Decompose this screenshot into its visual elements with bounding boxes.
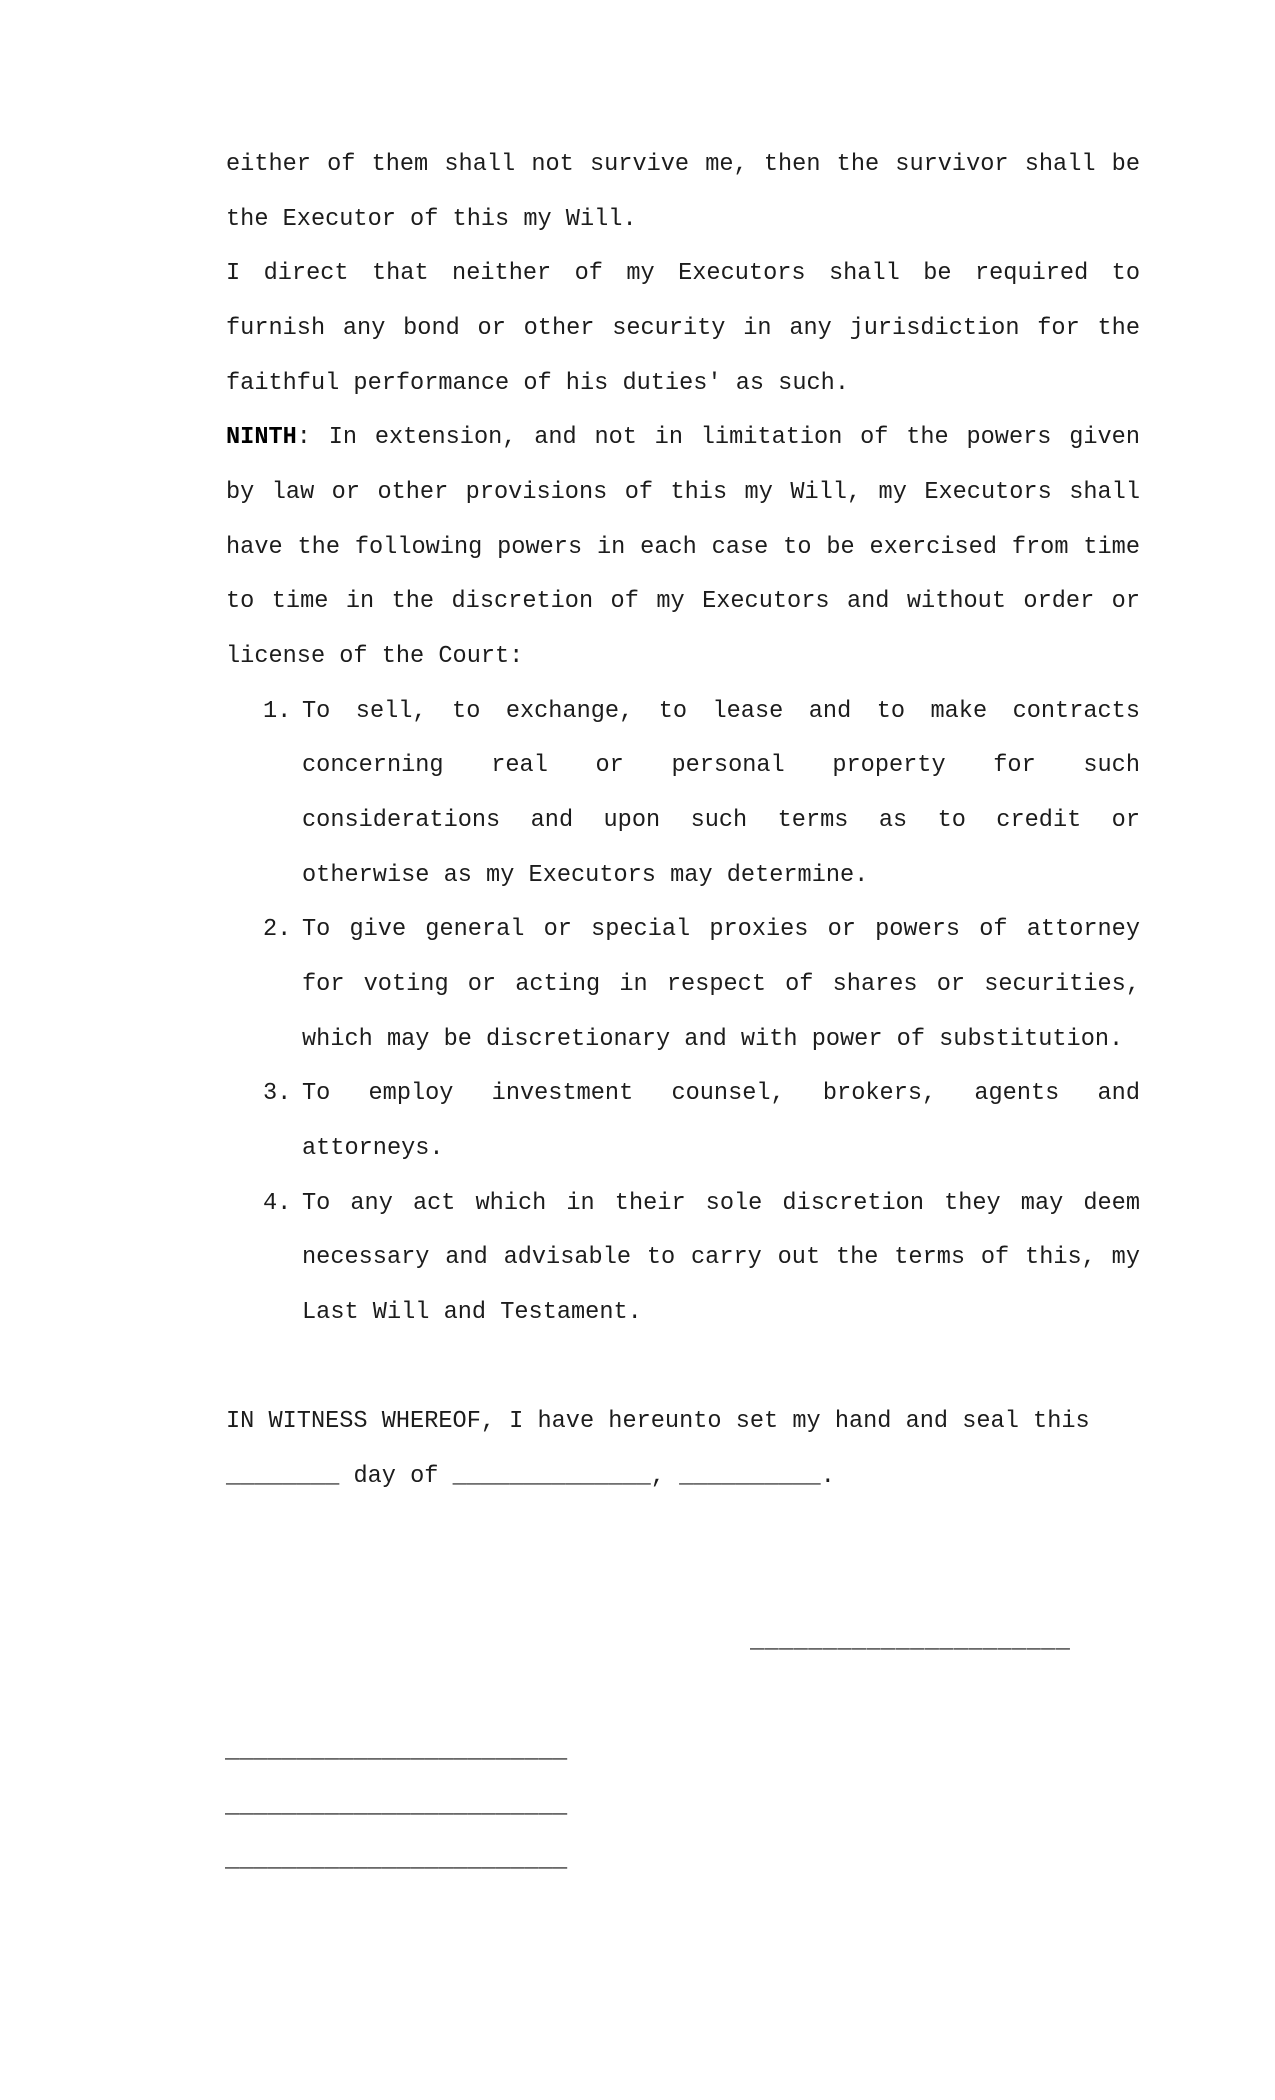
year-blank: __________ [679,1463,821,1490]
executor-powers-list: 1. To sell, to exchange, to lease and to… [226,685,1140,1341]
paragraph-no-bond: I direct that neither of my Executors sh… [226,247,1140,411]
list-item-text: To employ investment counsel, brokers, a… [302,1080,1140,1162]
comma: , [651,1463,679,1490]
list-number: 2. [263,903,291,958]
witness-signature-line-3: ________________________ [225,1834,569,1889]
day-blank: ________ [226,1463,339,1490]
date-line: ________ day of ______________, ________… [226,1450,1140,1505]
list-number: 3. [263,1067,291,1122]
witness-signature-line-1: ________________________ [225,1725,569,1780]
document-page: either of them shall not survive me, the… [0,0,1275,2100]
article-heading-ninth: NINTH [226,424,297,451]
paragraph-executor-survivor: either of them shall not survive me, the… [226,138,1140,247]
spacer [226,1341,1140,1396]
period: . [821,1463,835,1490]
month-blank: ______________ [453,1463,651,1490]
paragraph-ninth: NINTH: In extension, and not in limitati… [226,411,1140,684]
will-document-body: either of them shall not survive me, the… [226,138,1140,1505]
day-of-label: day of [339,1463,452,1490]
list-item-power-3: 3. To employ investment counsel, brokers… [226,1067,1140,1176]
witness-signature-line-2: ________________________ [225,1780,569,1835]
list-number: 1. [263,685,291,740]
list-item-text: To give general or special proxies or po… [302,916,1140,1052]
heading-colon: : [297,424,311,451]
list-item-text: To sell, to exchange, to lease and to ma… [302,698,1140,889]
ninth-body-text: In extension, and not in limitation of t… [226,424,1140,670]
list-item-power-4: 4. To any act which in their sole discre… [226,1177,1140,1341]
witness-clause: IN WITNESS WHEREOF, I have hereunto set … [226,1395,1140,1450]
list-number: 4. [263,1177,291,1232]
list-item-text: To any act which in their sole discretio… [302,1190,1140,1326]
list-item-power-1: 1. To sell, to exchange, to lease and to… [226,685,1140,904]
list-item-power-2: 2. To give general or special proxies or… [226,903,1140,1067]
testator-signature-line: ______________________ [750,1615,1072,1670]
